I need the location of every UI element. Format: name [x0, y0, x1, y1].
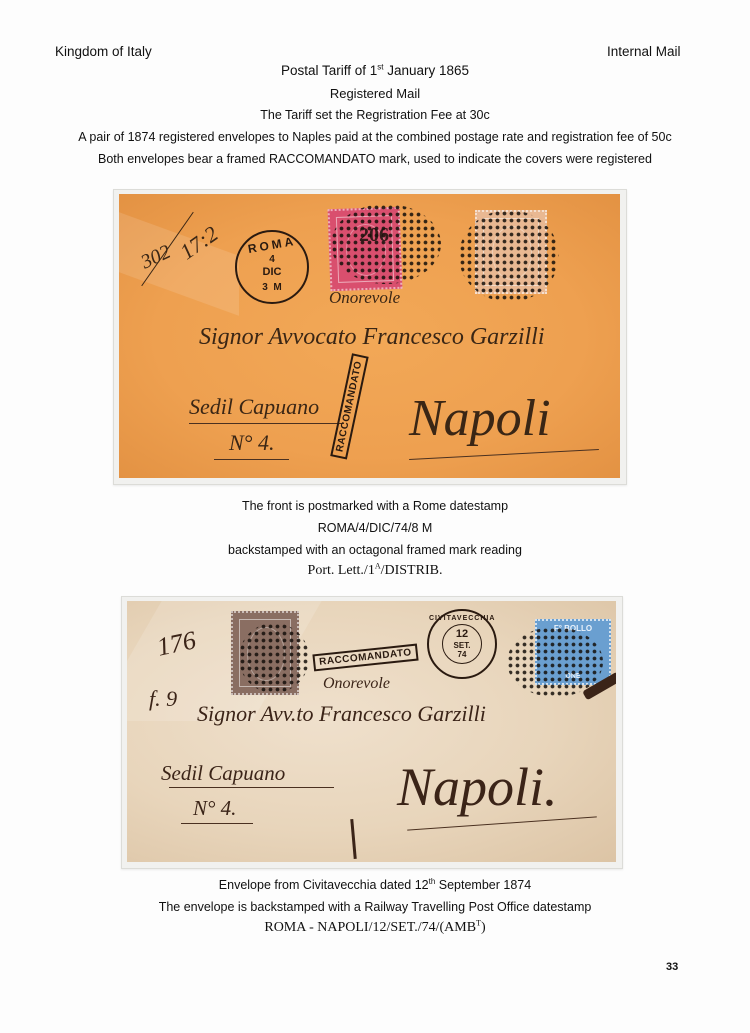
page-number: 33	[666, 961, 678, 973]
cover1-postmark-roma: ROMA 4 DIC 3 M	[235, 230, 309, 304]
cover2-street-underline	[169, 787, 334, 788]
header-right: Internal Mail	[607, 44, 681, 59]
cover2-cancel-dots-1	[239, 623, 309, 693]
cover2-honorific: Onorevole	[323, 675, 390, 693]
cover1-cancel-number-1: 206	[359, 224, 389, 247]
cover2-caption-2: The envelope is backstamped with a Railw…	[0, 899, 750, 915]
cover1-street-underline	[189, 423, 344, 424]
cover1-raccomandato-mark: RACCOMANDATO	[330, 353, 368, 459]
cover1-number-underline	[214, 459, 289, 460]
cover1-cancel-dots-2	[459, 210, 559, 302]
title-text: Postal Tariff of 1	[281, 63, 377, 78]
intro-line-1: The Tariff set the Regristration Fee at …	[0, 107, 750, 123]
cover2-envelope: 176 f. 9 RACCOMANDATO Onorevole CIVITAVE…	[127, 601, 616, 862]
cover2-caption-1: Envelope from Civitavecchia dated 12th S…	[0, 877, 750, 893]
cover2-caption-3: ROMA - NAPOLI/12/SET./74/(AMBT)	[0, 920, 750, 936]
intro-line-3: Both envelopes bear a framed RACCOMANDAT…	[0, 151, 750, 167]
cover1-street: Sedil Capuano	[189, 394, 319, 420]
title-text-end: January 1865	[383, 63, 469, 78]
cover2-addressee: Signor Avv.to Francesco Garzilli	[197, 701, 486, 727]
header-left: Kingdom of Italy	[55, 44, 152, 59]
cover2-city: Napoli.	[397, 756, 558, 818]
cover1-envelope: 302 17:2 ROMA 4 DIC 3 M 206 Onorevole Si…	[119, 194, 620, 478]
cover1-caption-4: Port. Lett./1A/DISTRIB.	[0, 563, 750, 579]
cover1-caption-3: backstamped with an octagonal framed mar…	[0, 542, 750, 558]
cover2-raccomandato-mark: RACCOMANDATO	[312, 644, 418, 672]
cover1-caption-2: ROMA/4/DIC/74/8 M	[0, 520, 750, 536]
page-subtitle: Registered Mail	[0, 86, 750, 102]
cover1-honorific: Onorevole	[329, 288, 400, 308]
cover1-addressee: Signor Avvocato Francesco Garzilli	[199, 324, 545, 351]
intro-line-2: A pair of 1874 registered envelopes to N…	[0, 129, 750, 145]
cover2-city-underline	[407, 816, 597, 830]
page-title: Postal Tariff of 1st January 1865	[0, 63, 750, 79]
cover2-number: N° 4.	[193, 796, 236, 821]
cover2-street: Sedil Capuano	[161, 761, 285, 786]
cover2-postmark-civitavecchia: CIVITAVECCHIA 12 SET. 74	[427, 609, 497, 679]
cover1-city: Napoli	[409, 389, 551, 448]
cover2-number-underline	[181, 823, 253, 824]
cover2-docket-2: f. 9	[149, 686, 177, 712]
cover1-caption-1: The front is postmarked with a Rome date…	[0, 498, 750, 514]
cover2-ink-stroke	[350, 819, 356, 859]
cover1-number: N° 4.	[229, 430, 274, 456]
cover1-crease	[119, 212, 239, 316]
cover1-city-underline	[409, 449, 599, 460]
